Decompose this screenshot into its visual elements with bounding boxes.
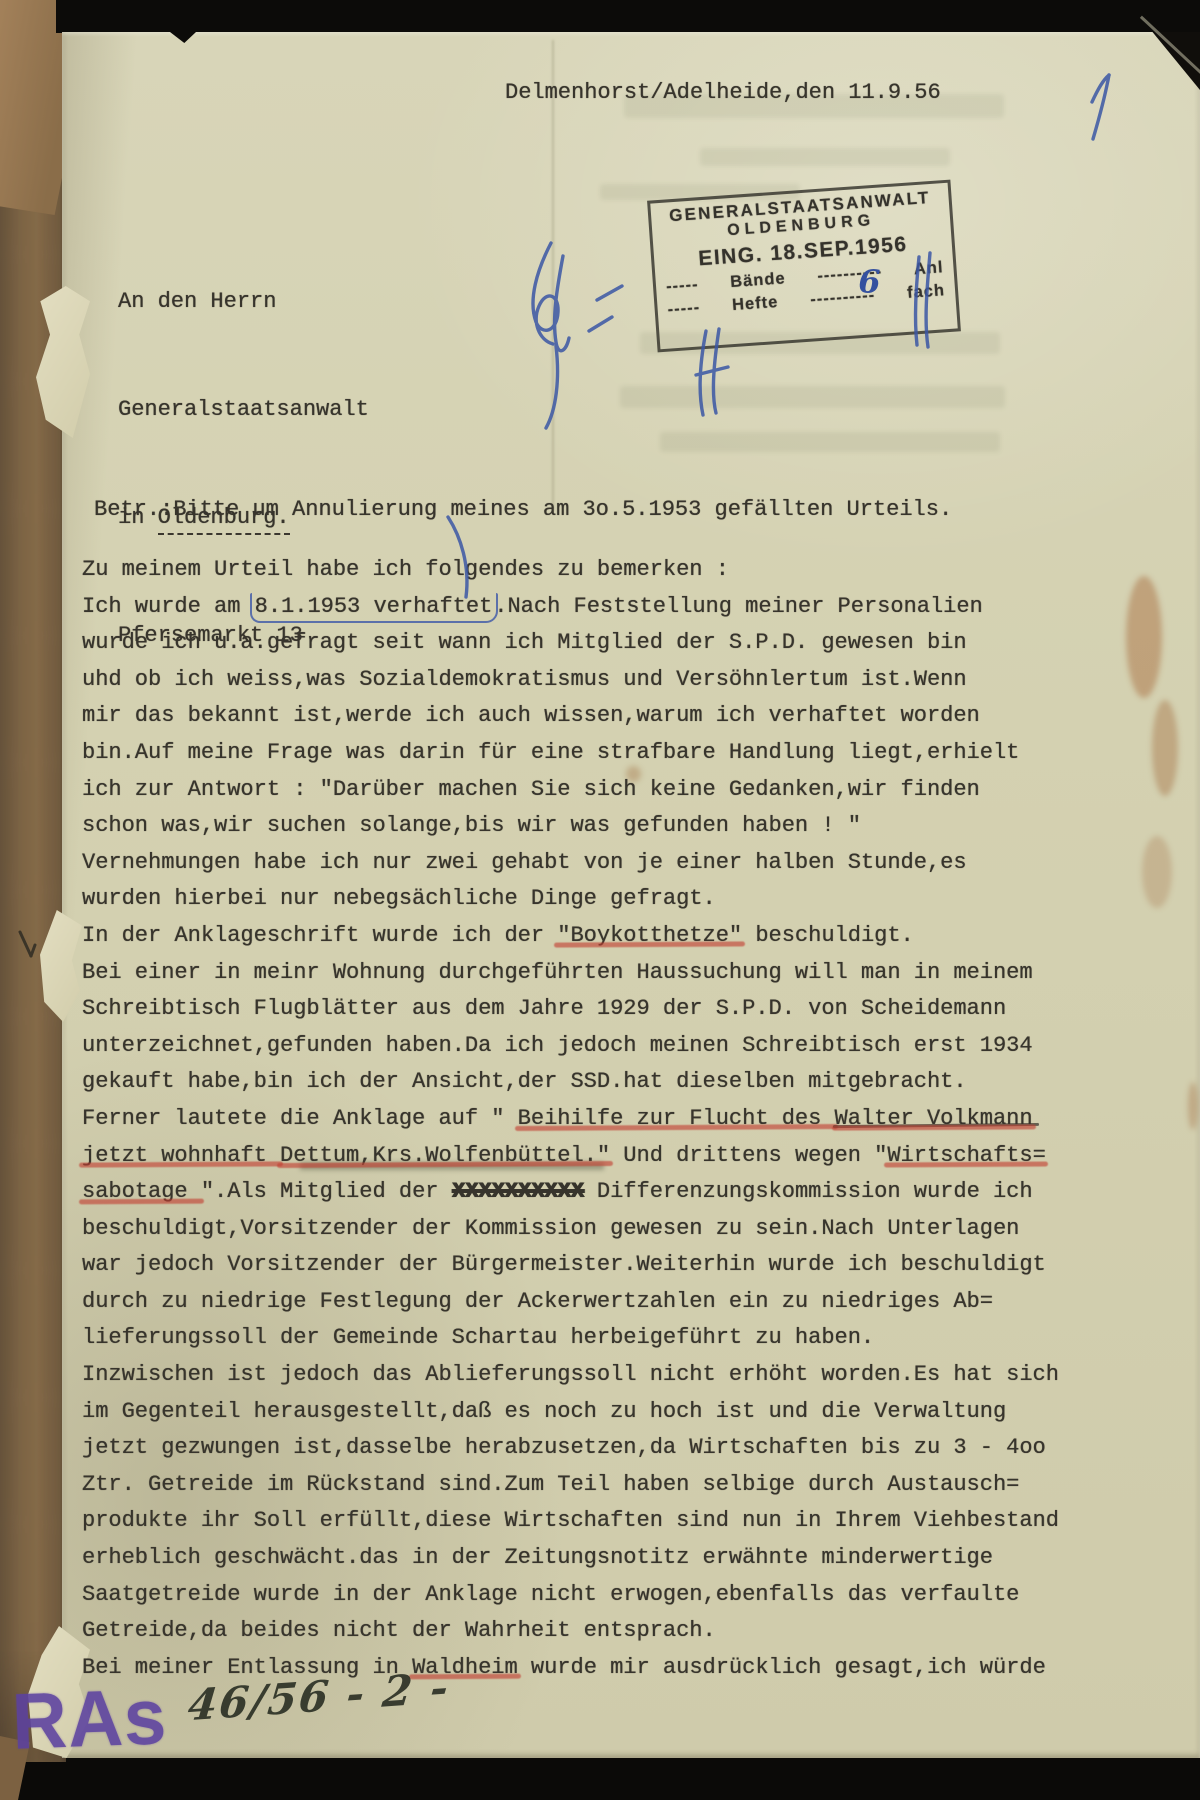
stamp-fach-label: fach — [907, 281, 946, 303]
typed-text: wurden hierbei nur nebegsächliche Dinge … — [82, 886, 716, 911]
body-line: jetzt gezwungen ist,dasselbe herabzusetz… — [82, 1430, 1059, 1467]
body-line: uhd ob ich weiss,was Sozialdemokratismus… — [82, 662, 1059, 699]
body-line: gekauft habe,bin ich der Ansicht,der SSD… — [82, 1064, 1059, 1101]
body-line: ich zur Antwort : "Darüber machen Sie si… — [82, 772, 1059, 809]
body-line: mir das bekannt ist,werde ich auch wisse… — [82, 698, 1059, 735]
rust-stain — [1142, 836, 1172, 908]
annotated-text: Wirtschafts= — [887, 1143, 1045, 1168]
annotated-text: Dettum,Krs.Wolfenbüttel." — [280, 1143, 610, 1168]
body-line: Getreide,da beides nicht der Wahrheit en… — [82, 1613, 1059, 1650]
typed-text: wurde mir ausdrücklich gesagt,ich würde — [518, 1655, 1046, 1680]
ink-bleed-through — [620, 386, 1005, 408]
recipient-line: Generalstaatsanwalt — [118, 392, 369, 428]
annotated-text: Walter Volkmann — [835, 1106, 1033, 1131]
body-line: durch zu niedrige Festlegung der Ackerwe… — [82, 1284, 1059, 1321]
typed-text: wurde ich u.a.gefragt seit wann ich Mitg… — [82, 630, 967, 655]
rust-stain — [1126, 576, 1162, 698]
dateline: Delmenhorst/Adelheide,den 11.9.56 — [505, 80, 941, 105]
typed-text: Und drittens wegen " — [610, 1143, 887, 1168]
typed-text: lieferungssoll der Gemeinde Schartau her… — [82, 1325, 874, 1350]
typed-text: bin.Auf meine Frage was darin für eine s… — [82, 740, 1019, 765]
typed-text: beschuldigt. — [742, 923, 914, 948]
body-line: sabotage ".Als Mitglied der XXXXXXXXXX D… — [82, 1174, 1059, 1211]
typed-text: erheblich geschwächt.das in der Zeitungs… — [82, 1545, 993, 1570]
stamp-anl-label: Anl — [913, 258, 944, 279]
body-line: bin.Auf meine Frage was darin für eine s… — [82, 735, 1059, 772]
body-line: erheblich geschwächt.das in der Zeitungs… — [82, 1540, 1059, 1577]
typed-text: ".Als Mitglied der — [201, 1179, 452, 1204]
body-line: wurden hierbei nur nebegsächliche Dinge … — [82, 881, 1059, 918]
recipient-line: An den Herrn — [118, 284, 369, 320]
body-line: In der Anklageschrift wurde ich der "Boy… — [82, 918, 1059, 955]
body-line: Bei einer in meinr Wohnung durchgeführte… — [82, 955, 1059, 992]
ras-stamp: RAs — [10, 1672, 168, 1768]
stamp-dashes: ----- — [665, 275, 699, 296]
rust-stain — [1188, 1082, 1198, 1130]
rust-stain — [1152, 700, 1178, 796]
typed-text: jetzt gezwungen ist,dasselbe herabzusetz… — [82, 1435, 1046, 1460]
typed-text: ich zur Antwort : "Darüber machen Sie si… — [82, 777, 980, 802]
body-line: Ztr. Getreide im Rückstand sind.Zum Teil… — [82, 1467, 1059, 1504]
body-line: schon was,wir suchen solange,bis wir was… — [82, 808, 1059, 845]
typed-text: mir das bekannt ist,werde ich auch wisse… — [82, 703, 980, 728]
handwritten-baende-count: 6 — [858, 262, 880, 300]
typed-text: Ztr. Getreide im Rückstand sind.Zum Teil… — [82, 1472, 1019, 1497]
receipt-stamp: GENERALSTAATSANWALT OLDENBURG EING. 18.S… — [647, 180, 961, 353]
subject-line: Betr.:Bitte um Annulierung meines am 3o.… — [94, 497, 952, 522]
typed-text: im Gegenteil herausgestellt,daß es noch … — [82, 1399, 1006, 1424]
typed-text: uhd ob ich weiss,was Sozialdemokratismus… — [82, 667, 967, 692]
typed-text: Inzwischen ist jedoch das Ablieferungsso… — [82, 1362, 1059, 1387]
annotated-text: jetzt wohnhaft — [82, 1143, 280, 1168]
body-line: unterzeichnet,gefunden haben.Da ich jedo… — [82, 1028, 1059, 1065]
typed-text: In der Anklageschrift wurde ich der — [82, 923, 557, 948]
typed-text: war jedoch Vorsitzender der Bürgermeiste… — [82, 1252, 1046, 1277]
body-line: jetzt wohnhaft Dettum,Krs.Wolfenbüttel."… — [82, 1138, 1059, 1175]
typed-text: beschuldigt,Vorsitzender der Kommission … — [82, 1216, 1019, 1241]
typed-text: Schreibtisch Flugblätter aus dem Jahre 1… — [82, 996, 1006, 1021]
scan-background-top — [56, 0, 1200, 33]
annotated-text: XXXXXXXXXX — [452, 1179, 584, 1204]
typed-text: Ich wurde am — [82, 594, 254, 619]
annotated-text: "Boykotthetze" — [557, 923, 742, 948]
typed-text: Saatgetreide wurde in der Anklage nicht … — [82, 1582, 1019, 1607]
typed-text: unterzeichnet,gefunden haben.Da ich jedo… — [82, 1033, 1033, 1058]
body-line: wurde ich u.a.gefragt seit wann ich Mitg… — [82, 625, 1059, 662]
folder-cardboard-edge — [0, 0, 66, 1762]
annotated-text: sabotage — [82, 1179, 201, 1204]
typed-text: Zu meinem Urteil habe ich folgendes zu b… — [82, 557, 729, 582]
typed-text: Bei einer in meinr Wohnung durchgeführte… — [82, 960, 1033, 985]
typed-text: produkte ihr Soll erfüllt,diese Wirtscha… — [82, 1508, 1059, 1533]
body-line: Ferner lautete die Anklage auf " Beihilf… — [82, 1101, 1059, 1138]
typed-text: .Nach Feststellung meiner Personalien — [494, 594, 982, 619]
body-line: Zu meinem Urteil habe ich folgendes zu b… — [82, 552, 1059, 589]
typed-text: durch zu niedrige Festlegung der Ackerwe… — [82, 1289, 993, 1314]
ink-bleed-through — [700, 148, 950, 166]
paper-crease — [552, 40, 554, 510]
body-line: produkte ihr Soll erfüllt,diese Wirtscha… — [82, 1503, 1059, 1540]
body-line: Saatgetreide wurde in der Anklage nicht … — [82, 1577, 1059, 1614]
typed-text: Vernehmungen habe ich nur zwei gehabt vo… — [82, 850, 967, 875]
body-line: Schreibtisch Flugblätter aus dem Jahre 1… — [82, 991, 1059, 1028]
stamp-dashes: ----- — [667, 298, 701, 319]
body-line: beschuldigt,Vorsitzender der Kommission … — [82, 1211, 1059, 1248]
body-line: Vernehmungen habe ich nur zwei gehabt vo… — [82, 845, 1059, 882]
annotated-text: 8.1.1953 verhaftet — [250, 593, 499, 623]
body-line: lieferungssoll der Gemeinde Schartau her… — [82, 1320, 1059, 1357]
body-line: im Gegenteil herausgestellt,daß es noch … — [82, 1394, 1059, 1431]
body-text: Zu meinem Urteil habe ich folgendes zu b… — [82, 552, 1059, 1686]
typed-text: Ferner lautete die Anklage auf " — [82, 1106, 518, 1131]
stamp-baende-label: Bände — [730, 269, 787, 292]
typed-text: Differenzungskommission wurde ich — [584, 1179, 1033, 1204]
typed-text: gekauft habe,bin ich der Ansicht,der SSD… — [82, 1069, 967, 1094]
body-line: war jedoch Vorsitzender der Bürgermeiste… — [82, 1247, 1059, 1284]
typed-text: Getreide,da beides nicht der Wahrheit en… — [82, 1618, 716, 1643]
typed-text: schon was,wir suchen solange,bis wir was… — [82, 813, 861, 838]
annotated-text: Beihilfe zur Flucht des — [518, 1106, 835, 1131]
stamp-hefte-label: Hefte — [732, 293, 779, 315]
body-line: Ich wurde am 8.1.1953 verhaftet.Nach Fes… — [82, 589, 1059, 626]
ink-bleed-through — [660, 432, 1000, 452]
body-line: Inzwischen ist jedoch das Ablieferungsso… — [82, 1357, 1059, 1394]
